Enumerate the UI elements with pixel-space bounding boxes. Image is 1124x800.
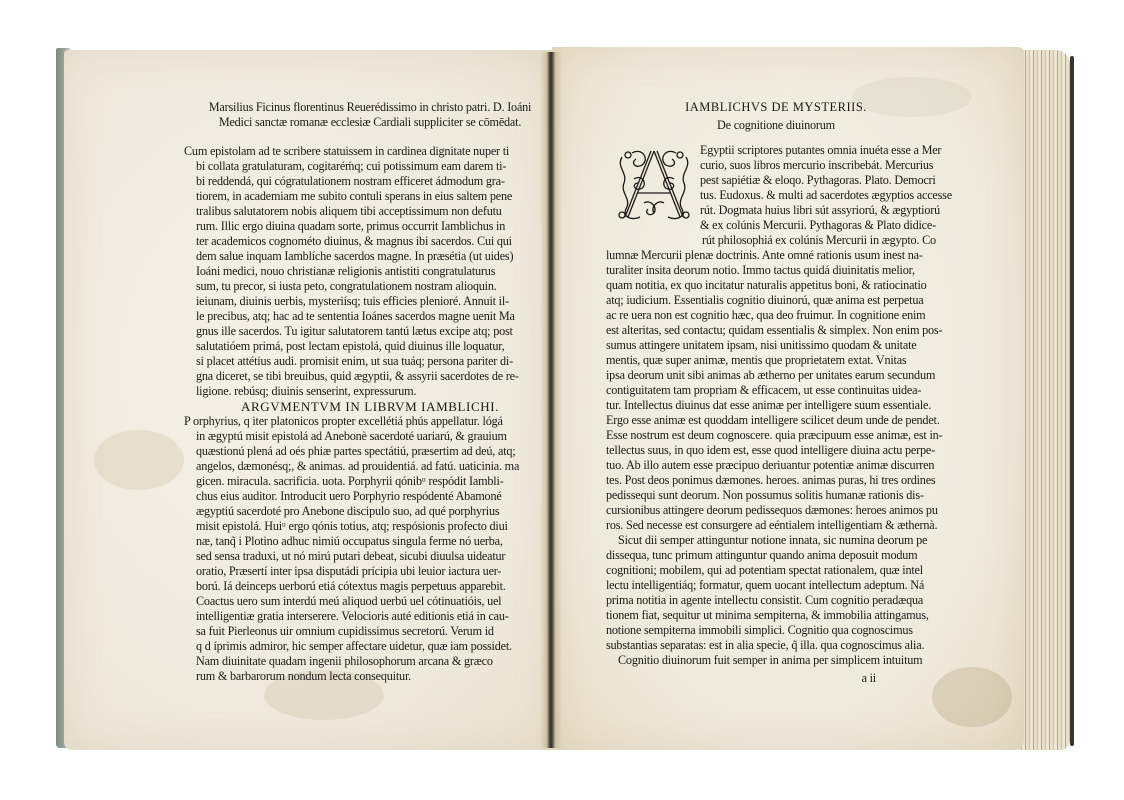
- text-line: salutatióem primá, post lectam epistolá,…: [184, 339, 556, 354]
- text-line: ac re uera non est cognitio hæc, qua deo…: [606, 308, 946, 323]
- text-line: rum & barbarorum nondum lecta consequitu…: [184, 669, 556, 684]
- text-line: tiorem, in academiam me subito contuli s…: [184, 189, 556, 204]
- text-line: ipsa deorum unit sibi animas ab ætherno …: [606, 368, 946, 383]
- dedication-letter: Cum epistolam ad te scribere statuissem …: [184, 144, 556, 399]
- text-line: Ioáni medici, nouo christianæ religionis…: [184, 264, 556, 279]
- text-line: ægyptiú sacerdoté pro Anebone discipulo …: [184, 504, 556, 519]
- text-line: oratio, Præsertí inter ipsa disputádi pr…: [184, 564, 556, 579]
- text-line: ter academicos cognométo diuinus, & magn…: [184, 234, 556, 249]
- text-line: intelligentiæ gratia interserere. Veloci…: [184, 609, 556, 624]
- left-page-text: Marsilius Ficinus florentinus Reuerédiss…: [184, 100, 556, 684]
- text-line: Egyptii scriptores putantes omnia inuéta…: [700, 143, 952, 158]
- text-line: q d íprimis admiror, hic semper affectar…: [184, 639, 556, 654]
- text-line: næ, tanq̃ i Plotino adhuc nimiú occupatu…: [184, 534, 556, 549]
- text-line: in ægyptú misit epistolá ad Anebonè sace…: [184, 429, 556, 444]
- text-line: P orphyrius, q iter platonicos propter e…: [184, 414, 556, 429]
- text-line: pest sapiétiæ & eloqo. Pythagoras. Plato…: [700, 173, 952, 188]
- text-line: substantias separatas: est in alia speci…: [606, 638, 946, 653]
- text-line: Ergo esse animæ est quoddam intelligere …: [606, 413, 946, 428]
- text-line: si placet attétius audi. promisit enim, …: [184, 354, 556, 369]
- text-line: lectu intelligentiáq; formatur, quem uoc…: [606, 578, 946, 593]
- text-line: prima notitia in agente intellectu consi…: [606, 593, 946, 608]
- text-line: Sicut dii semper attinguntur notione inn…: [606, 533, 946, 548]
- text-line: sumus attingere unitatem ipsam, nisi uni…: [606, 338, 946, 353]
- text-line: pedissequi sunt deorum. Non possumus sol…: [606, 488, 946, 503]
- text-line: sa fuit Pierleonus uir omnium cupidissim…: [184, 624, 556, 639]
- text-line: quæstionú plená ad oés phiæ partes spect…: [184, 444, 556, 459]
- text-line: chus eius auditor. Introducit uero Porph…: [184, 489, 556, 504]
- text-line: tionem fiat, sequitur ut minima sempiter…: [606, 608, 946, 623]
- text-line: atq; iudicium. Essentialis cognitio diui…: [606, 293, 946, 308]
- text-line: ború. Iá deinceps uerború etiá cótextus …: [184, 579, 556, 594]
- text-line: tuo. Ab illo autem esse præcipuo deriuan…: [606, 458, 946, 473]
- initial-adjacent-lines: Egyptii scriptores putantes omnia inuéta…: [700, 143, 952, 233]
- text-line: bi collata gratulaturam, cogitaréḿq; cui…: [184, 159, 556, 174]
- text-line: tellectus suus, in quo idem est, esse qu…: [606, 443, 946, 458]
- text-line: Esse nostrum est deum cognoscere. quia p…: [606, 428, 946, 443]
- text-line: tralibus salutatorem nobis aliquem tibi …: [184, 204, 556, 219]
- text-line: Coactus uero sum interdú meú aliquod uer…: [184, 594, 556, 609]
- text-line: curio, suos libros mercurio inscribebát.…: [700, 158, 952, 173]
- text-line: gicen. miracula. sacrificia. uota. Porph…: [184, 474, 556, 489]
- text-line: lumnæ Mercurii plenæ doctrinis. Ante omn…: [606, 248, 946, 263]
- text-line: turaliter insita deorum notio. Immo tact…: [606, 263, 946, 278]
- text-line: ros. Sed necesse est consurgere ad eénti…: [606, 518, 946, 533]
- text-line: tur. Intellectus diuinus dat esse animæ …: [606, 398, 946, 413]
- text-line: misit epistolá. Huiᵘ ergo qónis totius, …: [184, 519, 556, 534]
- text-line: cognitioni; mobilem, qui ad potentiam sp…: [606, 563, 946, 578]
- text-line: contiguitatem tam propriam & efficacem, …: [606, 383, 946, 398]
- text-line: gna diceret, se tibi breuibus, quid ægyp…: [184, 369, 556, 384]
- section-heading: De cognitione diuinorum: [606, 118, 946, 133]
- signature-mark: a ii: [606, 671, 946, 686]
- text-line: & ex colúnis Mercurii. Pythagoras & Plat…: [700, 218, 952, 233]
- dedication-line: Medici sanctæ romanæ ecclesiæ Cardiali s…: [184, 115, 556, 130]
- dedication-heading: Marsilius Ficinus florentinus Reuerédiss…: [184, 100, 556, 130]
- text-line: est alteritas, sed contactu; quidam esse…: [606, 323, 946, 338]
- text-line: angelos, dæmonésq;, & animas. ad prouide…: [184, 459, 556, 474]
- text-line: rum. Illic ergo diuina quadam sorte, pri…: [184, 219, 556, 234]
- text-line: sed sensa traduxi, ut nó mirú putari deb…: [184, 549, 556, 564]
- text-line: dem salue inquam Iamblíche sacerdos magn…: [184, 249, 556, 264]
- text-line: tes. Post deos ponimus dæmones. heroes. …: [606, 473, 946, 488]
- running-head: IAMBLICHVS DE MYSTERIIS.: [606, 100, 946, 115]
- text-line: sum, tu precor, si iusta peto, congratul…: [184, 279, 556, 294]
- argument-text: P orphyrius, q iter platonicos propter e…: [184, 414, 556, 684]
- text-line: Cum epistolam ad te scribere statuissem …: [184, 144, 556, 159]
- text-line: gnus ille sacerdos. Tu igitur salutatore…: [184, 324, 556, 339]
- ornamental-initial-a-icon: [614, 143, 694, 225]
- text-line: ligione. rebúsq; diuinis senserint, expr…: [184, 384, 556, 399]
- text-line: rút. Dogmata huius libri sút assyriorú, …: [700, 203, 952, 218]
- text-line: cursionibus attingere deorum pedissequos…: [606, 503, 946, 518]
- text-line: notione sempiterna immobili simplici. Co…: [606, 623, 946, 638]
- open-book: Marsilius Ficinus florentinus Reuerédiss…: [0, 0, 1124, 800]
- text-line: ieiunam, diuinis uerbis, mysteriísq; tui…: [184, 294, 556, 309]
- text-line: le precibus, atq; hac ad te sententia Io…: [184, 309, 556, 324]
- text-line: Cognitio diuinorum fuit semper in anima …: [606, 653, 946, 668]
- text-line: mentis, quæ super animæ, mentis que prop…: [606, 353, 946, 368]
- text-line: bi reddendá, qui cógratulationem nostram…: [184, 174, 556, 189]
- opening-paragraph: Egyptii scriptores putantes omnia inuéta…: [606, 143, 946, 233]
- text-line: tus. Eudoxus. & multi ad sacerdotes ægyp…: [700, 188, 952, 203]
- text-line: Nam diuinitate quadam ingenii philosopho…: [184, 654, 556, 669]
- text-line: dissequa, tunc primum attinguntur quando…: [606, 548, 946, 563]
- argument-heading: ARGVMENTVM IN LIBRVM IAMBLICHI.: [184, 399, 556, 414]
- body-text: lumnæ Mercurii plenæ doctrinis. Ante omn…: [606, 248, 946, 668]
- paper-stain: [94, 430, 184, 490]
- right-page-text: IAMBLICHVS DE MYSTERIIS. De cognitione d…: [606, 100, 946, 686]
- text-line: rút philosophiá ex colúnis Mercurii in æ…: [606, 233, 946, 248]
- dedication-line: Marsilius Ficinus florentinus Reuerédiss…: [184, 100, 556, 115]
- right-fore-edge: [1018, 50, 1070, 750]
- text-line: quam notitia, ex quo incitatur naturalis…: [606, 278, 946, 293]
